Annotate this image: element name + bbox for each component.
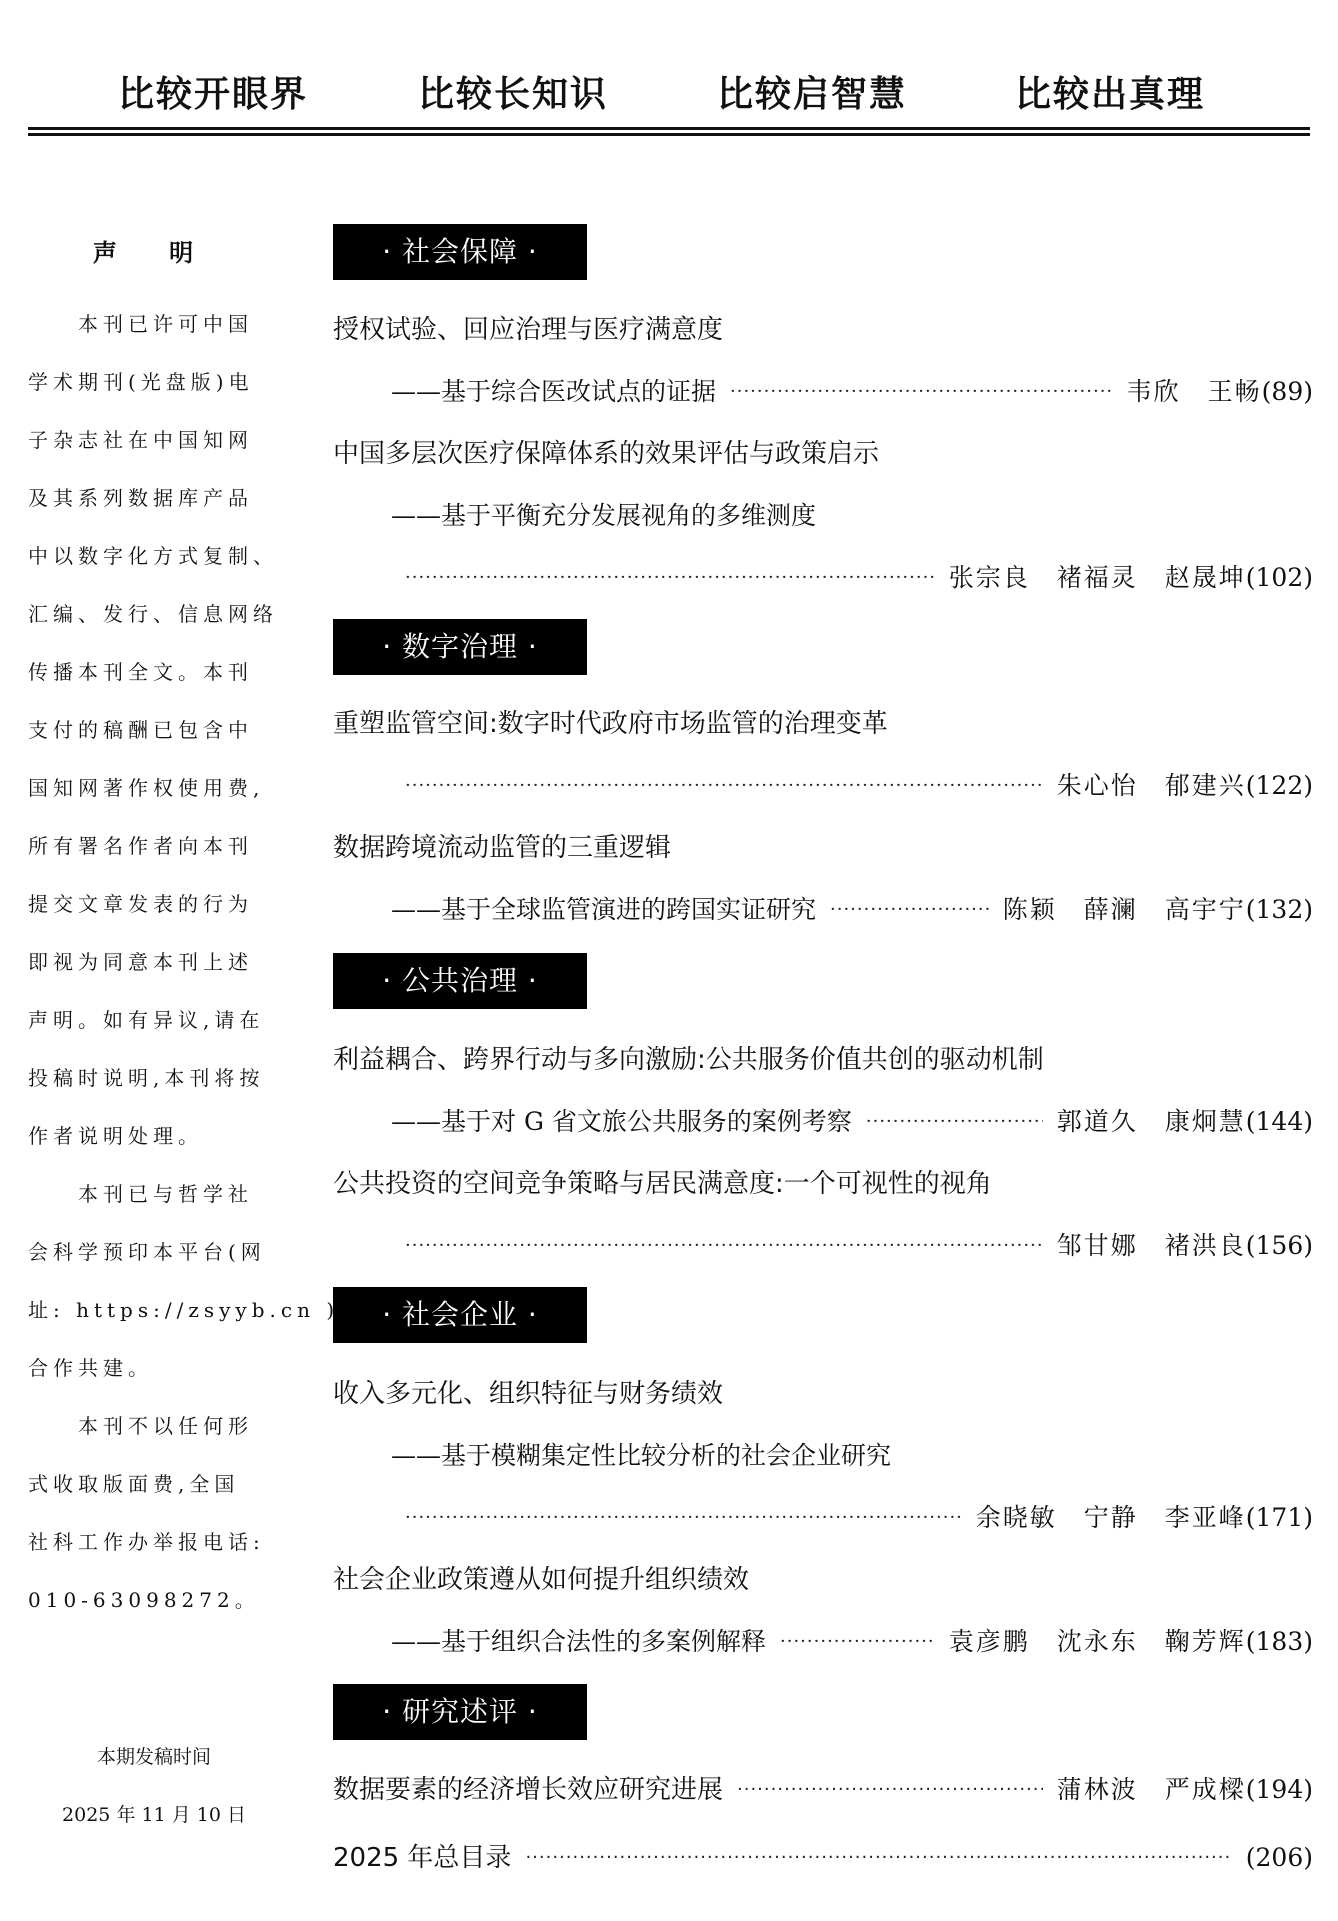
article-title[interactable]: 公共投资的空间竞争策略与居民满意度:一个可视性的视角: [333, 1164, 1313, 1204]
header-rule-top: [28, 127, 1310, 130]
statement-line: 本刊不以任何形: [28, 1397, 280, 1455]
article-subtitle-line[interactable]: ——基于全球监管演进的跨国实证研究 陈颖 薛澜 高宇宁 (132): [333, 890, 1313, 930]
statement-line: 支付的稿酬已包含中: [28, 701, 280, 759]
article-authors: 陈颖 薛澜 高宇宁: [1003, 890, 1246, 930]
article-subtitle: ——基于模糊集定性比较分析的社会企业研究: [391, 1436, 891, 1476]
statement-line: 本刊已许可中国: [28, 295, 280, 353]
article-authors: 袁彦鹏 沈永东 鞠芳辉: [949, 1622, 1246, 1662]
article-title[interactable]: 利益耦合、跨界行动与多向激励:公共服务价值共创的驱动机制: [333, 1040, 1313, 1080]
article-title[interactable]: 数据跨境流动监管的三重逻辑: [333, 828, 1313, 868]
article-subtitle: ——基于全球监管演进的跨国实证研究: [391, 890, 816, 930]
slogan-1: 比较开眼界: [118, 66, 308, 117]
article-authors: 郭道久 康炯慧: [1057, 1102, 1246, 1142]
issue-date: 2025 年 11 月 10 日: [28, 1786, 280, 1844]
statement-line: 子杂志社在中国知网: [28, 411, 280, 469]
statement-line: 投稿时说明,本刊将按: [28, 1049, 280, 1107]
statement-line: 及其系列数据库产品: [28, 469, 280, 527]
article-subtitle-line[interactable]: ——基于综合医改试点的证据 韦欣 王畅 (89): [333, 372, 1313, 412]
article-subtitle-line: ——基于平衡充分发展视角的多维测度: [333, 496, 1313, 536]
article-page: (171): [1246, 1498, 1313, 1538]
article-page: (156): [1246, 1226, 1313, 1266]
article-title[interactable]: 授权试验、回应治理与医疗满意度: [333, 310, 1313, 350]
article-authors: 蒲林波 严成樑: [1057, 1770, 1246, 1810]
section-heading: · 社会保障 ·: [333, 224, 587, 280]
statement-title: 声 明: [28, 233, 280, 268]
article-author-line[interactable]: 朱心怡 郁建兴 (122): [333, 766, 1313, 806]
statement-line: 提交文章发表的行为: [28, 875, 280, 933]
report-phone: 010-63098272。: [28, 1571, 280, 1629]
article-page: (144): [1246, 1102, 1313, 1142]
statement-line: 国知网著作权使用费,: [28, 759, 280, 817]
article-subtitle: ——基于综合医改试点的证据: [391, 372, 716, 412]
leader-dots: [525, 1838, 1231, 1878]
statement-line: 中以数字化方式复制、: [28, 527, 280, 585]
statement-line: 作者说明处理。: [28, 1107, 280, 1165]
article-title: 数据要素的经济增长效应研究进展: [333, 1770, 723, 1810]
section-heading: · 社会企业 ·: [333, 1287, 587, 1343]
article-subtitle-line[interactable]: ——基于组织合法性的多案例解释 袁彦鹏 沈永东 鞠芳辉 (183): [333, 1622, 1313, 1662]
statement-line: 声明。如有异议,请在: [28, 991, 280, 1049]
header-rule-bottom: [28, 133, 1310, 136]
section-heading: · 公共治理 ·: [333, 953, 587, 1009]
leader-dots: [780, 1622, 935, 1662]
issue-date-label: 本期发稿时间: [28, 1728, 280, 1786]
annual-index-title: 2025 年总目录: [333, 1838, 511, 1878]
article-author-line[interactable]: 邹甘娜 褚洪良 (156): [333, 1226, 1313, 1266]
header-slogans: 比较开眼界 比较长知识 比较启智慧 比较出真理: [0, 66, 1338, 126]
statement-line: 会科学预印本平台(网: [28, 1223, 280, 1281]
leader-dots: [405, 766, 1043, 806]
article-page: (194): [1246, 1770, 1313, 1810]
article-page: (89): [1262, 372, 1313, 412]
section-heading: · 数字治理 ·: [333, 619, 587, 675]
article-authors: 邹甘娜 褚洪良: [1057, 1226, 1246, 1266]
statement-line: 本刊已与哲学社: [28, 1165, 280, 1223]
statement-line: 式收取版面费,全国: [28, 1455, 280, 1513]
slogan-4: 比较出真理: [1015, 66, 1205, 117]
preprint-url: 址: https://zsyyb.cn ): [28, 1281, 280, 1339]
article-title[interactable]: 重塑监管空间:数字时代政府市场监管的治理变革: [333, 704, 1313, 744]
article-author-line[interactable]: 张宗良 褚福灵 赵晟坤 (102): [333, 558, 1313, 598]
slogan-3: 比较启智慧: [717, 66, 907, 117]
statement-line: 所有署名作者向本刊: [28, 817, 280, 875]
article-title-line[interactable]: 数据要素的经济增长效应研究进展 蒲林波 严成樑 (194): [333, 1770, 1313, 1810]
statement-paragraph-fees: 本刊不以任何形 式收取版面费,全国 社科工作办举报电话: 010-6309827…: [28, 1397, 280, 1629]
leader-dots: [737, 1770, 1043, 1810]
article-authors: 张宗良 褚福灵 赵晟坤: [949, 558, 1246, 598]
article-title[interactable]: 社会企业政策遵从如何提升组织绩效: [333, 1560, 1313, 1600]
article-page: (102): [1246, 558, 1313, 598]
article-authors: 朱心怡 郁建兴: [1057, 766, 1246, 806]
article-page: (183): [1246, 1622, 1313, 1662]
leader-dots: [730, 372, 1113, 412]
statement-line: 汇编、发行、信息网络: [28, 585, 280, 643]
article-subtitle: ——基于组织合法性的多案例解释: [391, 1622, 766, 1662]
statement-line: 学术期刊(光盘版)电: [28, 353, 280, 411]
leader-dots: [830, 890, 989, 930]
section-heading: · 研究述评 ·: [333, 1684, 587, 1740]
article-authors: 余晓敏 宁静 李亚峰: [976, 1498, 1246, 1538]
leader-dots: [405, 558, 935, 598]
article-subtitle: ——基于平衡充分发展视角的多维测度: [391, 496, 816, 536]
statement-line: 社科工作办举报电话:: [28, 1513, 280, 1571]
article-subtitle: ——基于对 G 省文旅公共服务的案例考察: [391, 1102, 852, 1142]
annual-index-line[interactable]: 2025 年总目录 (206): [333, 1838, 1313, 1878]
leader-dots: [866, 1102, 1043, 1142]
slogan-2: 比较长知识: [418, 66, 608, 117]
statement-line: 即视为同意本刊上述: [28, 933, 280, 991]
statement-paragraph-preprint: 本刊已与哲学社 会科学预印本平台(网 址: https://zsyyb.cn )…: [28, 1165, 280, 1397]
statement-line: 合作共建。: [28, 1339, 280, 1397]
article-author-line[interactable]: 余晓敏 宁静 李亚峰 (171): [333, 1498, 1313, 1538]
leader-dots: [405, 1226, 1043, 1266]
article-subtitle-line: ——基于模糊集定性比较分析的社会企业研究: [333, 1436, 1313, 1476]
statement-paragraph-copyright: 本刊已许可中国 学术期刊(光盘版)电 子杂志社在中国知网 及其系列数据库产品 中…: [28, 295, 280, 1165]
article-page: (122): [1246, 766, 1313, 806]
article-title[interactable]: 收入多元化、组织特征与财务绩效: [333, 1374, 1313, 1414]
annual-index-page: (206): [1246, 1838, 1313, 1878]
article-page: (132): [1246, 890, 1313, 930]
statement-line: 传播本刊全文。本刊: [28, 643, 280, 701]
leader-dots: [405, 1498, 962, 1538]
article-title[interactable]: 中国多层次医疗保障体系的效果评估与政策启示: [333, 434, 1313, 474]
article-authors: 韦欣 王畅: [1127, 372, 1262, 412]
article-subtitle-line[interactable]: ——基于对 G 省文旅公共服务的案例考察 郭道久 康炯慧 (144): [333, 1102, 1313, 1142]
